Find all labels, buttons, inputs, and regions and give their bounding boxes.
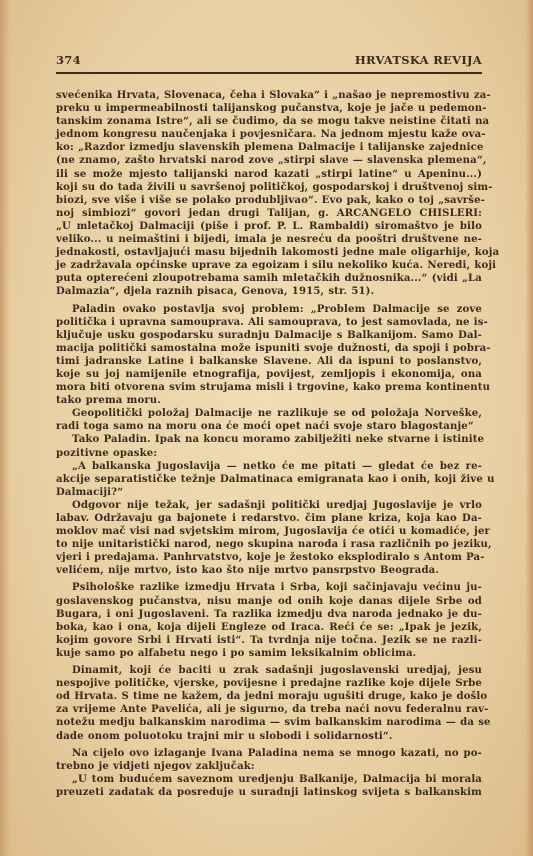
text-line: velićem, nije mrtvo, isto kao što nije m… (56, 564, 482, 577)
text-line: akcije separatističke težnje Dalmatinaca… (56, 473, 482, 486)
page-edge-left (0, 0, 10, 856)
text-line: mora biti otvorena svim strujama misli i… (56, 381, 482, 394)
text-line: Bugara, i oni Jugoslaveni. Ta razlika iz… (56, 608, 482, 621)
article-body: svećenika Hrvata, Slovenaca, čeha i Slov… (56, 89, 482, 799)
text-line: (ne znamo, zašto hrvatski narod zove „st… (56, 154, 482, 167)
text-line: tako prema moru. (56, 394, 482, 407)
paragraph-dynamite: Dinamit, koji će baciti u zrak sadašnji … (56, 664, 482, 743)
text-line: boka, kao i ona, koja dijeli Engleze od … (56, 621, 482, 634)
paragraph-conclusion-quote: „U tom budućem saveznom uredjenju Balkan… (56, 773, 482, 799)
text-line: jednom kongresu naučenjaka i povjesničar… (56, 128, 482, 141)
text-line: macija politički samostalna može ispunit… (56, 342, 482, 355)
text-line: tanskim zonama Istre“, ali se čudimo, da… (56, 115, 482, 128)
text-line: svećenika Hrvata, Slovenaca, čeha i Slov… (56, 89, 482, 102)
text-line: moklov mač visi nad svjetskim mirom, Jug… (56, 525, 482, 538)
text-line: Odgovor nije težak, jer sadašnji politič… (56, 499, 482, 512)
text-line: kuje samo po alfabetu nego i po samim le… (56, 647, 482, 660)
text-line: veliko... u neimaštini i bijedi, imala j… (56, 233, 482, 246)
text-line: jednakosti, ostavljajući masu bijednih l… (56, 246, 482, 259)
paragraph-tako-paladin: Tako Paladin. Ipak na koncu moramo zabil… (56, 433, 482, 459)
text-line: koje su joj namijenile etnografija, povi… (56, 368, 482, 381)
paragraph-geopolitics: Geopolitički položaj Dalmacije ne razlik… (56, 407, 482, 433)
text-line: „U mletačkoj Dalmaciji (piše i prof. P. … (56, 220, 482, 233)
page-number: 374 (56, 53, 81, 67)
header-rule (56, 72, 482, 74)
text-line: koji su do tada živili u savršenoj polit… (56, 181, 482, 194)
text-line: trebno je vidjeti njegov zaključak: (56, 760, 482, 773)
text-line: ko: „Razdor izmedju slavenskih plemena D… (56, 141, 482, 154)
text-line: radi toga samo na moru ona će moći opet … (56, 420, 482, 433)
text-line: Dinamit, koji će baciti u zrak sadašnji … (56, 664, 482, 677)
text-line: labav. Održavaju ga bajonete i redarstvo… (56, 512, 482, 525)
text-line: politička i upravna samouprava. Ali samo… (56, 316, 482, 329)
paragraph-continuation: svećenika Hrvata, Slovenaca, čeha i Slov… (56, 89, 482, 299)
text-line: preku u impermeabilnosti talijanskog puč… (56, 102, 482, 115)
paragraph-quote-question: „A balkanska Jugoslavija — netko će me p… (56, 460, 482, 499)
paragraph-answer: Odgovor nije težak, jer sadašnji politič… (56, 499, 482, 578)
text-line: to nije unitaristički narod, nego skupin… (56, 538, 482, 551)
text-line: Dalmazia“, djela raznih pisaca, Genova, … (56, 285, 482, 298)
page-edge-right (525, 0, 533, 856)
paragraph-psychological: Psihološke razlike izmedju Hrvata i Srba… (56, 581, 482, 660)
text-line: Na cijelo ovo izlaganje Ivana Paladina n… (56, 747, 482, 760)
text-line: preuzeti zadatak da posreduje u suradnji… (56, 786, 482, 799)
text-line: za vrijeme Ante Pavelića, ali je sigurno… (56, 703, 482, 716)
text-line: biozi, sve više i više se polako produbl… (56, 194, 482, 207)
text-line: Geopolitički položaj Dalmacije ne razlik… (56, 407, 482, 420)
text-line: dade onom poluotoku trajni mir u slobodi… (56, 730, 482, 743)
paragraph-conclusion-intro: Na cijelo ovo izlaganje Ivana Paladina n… (56, 747, 482, 773)
text-line: notežu medju balkanskim narodima — svim … (56, 716, 482, 729)
running-header: 374 HRVATSKA REVIJA (56, 53, 482, 67)
text-line: ključuje usku gospodarsku suradnju Dalma… (56, 329, 482, 342)
text-line: ili se može mjesto talijanski narod kaza… (56, 168, 482, 181)
text-line: od Hrvata. S time ne kažem, da jedni mor… (56, 690, 482, 703)
text-line: „A balkanska Jugoslavija — netko će me p… (56, 460, 482, 473)
text-line: je zadržavala općinske uprave za egoizam… (56, 259, 482, 272)
text-line: Psihološke razlike izmedju Hrvata i Srba… (56, 581, 482, 594)
text-line: Dalmaciji?“ (56, 486, 482, 499)
text-line: Tako Paladin. Ipak na koncu moramo zabil… (56, 433, 482, 446)
text-line: goslavenskog pučanstva, nisu manje od on… (56, 595, 482, 608)
text-line: „U tom budućem saveznom uredjenju Balkan… (56, 773, 482, 786)
text-line: vjeri i predajama. Panhrvatstvo, koje je… (56, 551, 482, 564)
text-line: pozitivne opaske: (56, 447, 482, 460)
text-line: nespojive političke, vjerske, povijesne … (56, 677, 482, 690)
journal-title: HRVATSKA REVIJA (355, 53, 482, 67)
paragraph-paladin-problem: Paladin ovako postavlja svoj problem: „P… (56, 303, 482, 408)
text-line: timi jadranske Latine i balkanske Slaven… (56, 355, 482, 368)
text-line: noj simbiozi“ govori jedan drugi Talijan… (56, 207, 482, 220)
text-line: kojim govore Srbi i Hrvati isti“. Ta tvr… (56, 634, 482, 647)
text-line: puta opterećeni zloupotrebama samih mlet… (56, 272, 482, 285)
text-line: Paladin ovako postavlja svoj problem: „P… (56, 303, 482, 316)
